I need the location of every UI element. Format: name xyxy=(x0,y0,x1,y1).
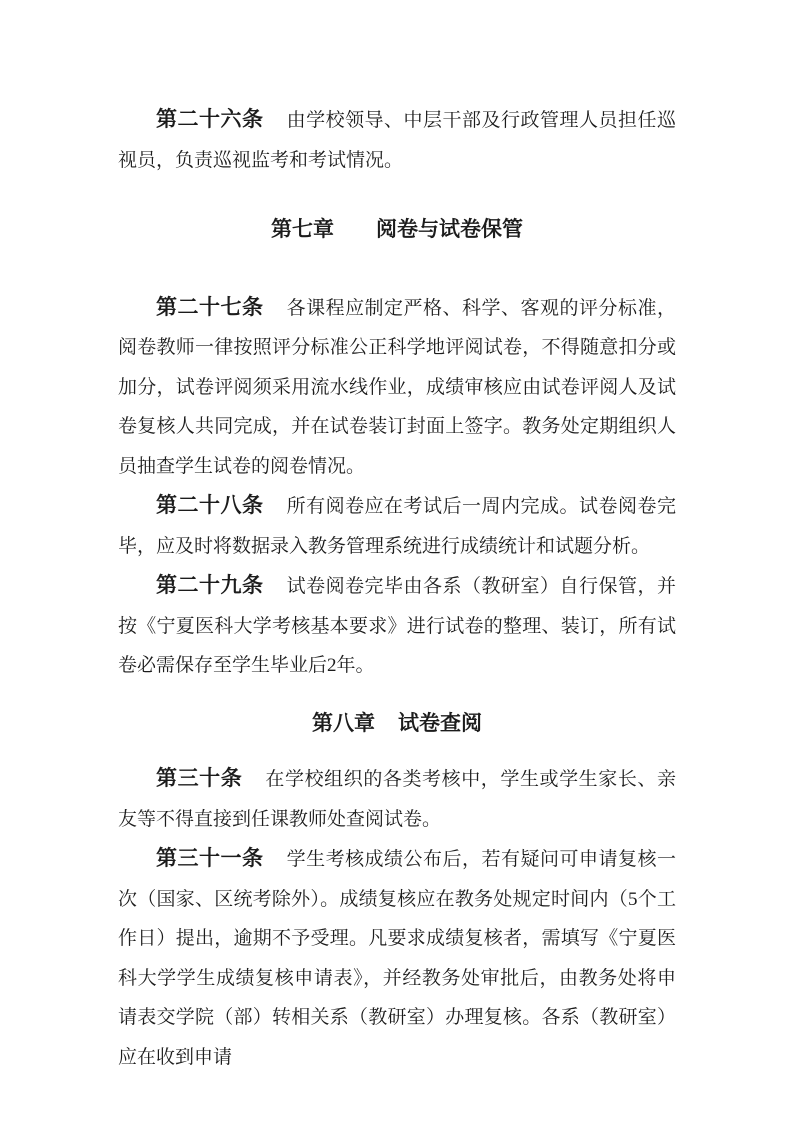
chapter-8-heading: 第八章试卷查阅 xyxy=(118,704,676,744)
article-31-number: 第三十一条 xyxy=(156,846,263,870)
article-27-paragraph: 第二十七条各课程应制定严格、科学、客观的评分标准，阅卷教师一律按照评分标准公正科… xyxy=(118,288,676,487)
article-31-paragraph: 第三十一条学生考核成绩公布后，若有疑问可申请复核一次（国家、区统考除外）。成绩复… xyxy=(118,839,676,1077)
article-30-paragraph: 第三十条在学校组织的各类考核中，学生或学生家长、亲友等不得直接到任课教师处查阅试… xyxy=(118,759,676,839)
article-29-number: 第二十九条 xyxy=(156,573,263,597)
article-31-text: 学生考核成绩公布后，若有疑问可申请复核一次（国家、区统考除外）。成绩复核应在教务… xyxy=(118,849,676,1068)
article-26-number: 第二十六条 xyxy=(156,107,263,131)
chapter-7-title: 阅卷与试卷保管 xyxy=(376,217,523,241)
chapter-8-title: 试卷查阅 xyxy=(398,711,482,735)
article-29-paragraph: 第二十九条试卷阅卷完毕由各系（教研室）自行保管，并按《宁夏医科大学考核基本要求》… xyxy=(118,566,676,686)
article-30-number: 第三十条 xyxy=(156,766,242,790)
article-27-number: 第二十七条 xyxy=(156,295,263,319)
chapter-8-label: 第八章 xyxy=(312,711,375,735)
article-27-text: 各课程应制定严格、科学、客观的评分标准，阅卷教师一律按照评分标准公正科学地评阅试… xyxy=(118,298,676,477)
article-28-number: 第二十八条 xyxy=(156,493,263,517)
article-26-paragraph: 第二十六条由学校领导、中层干部及行政管理人员担任巡视员，负责巡视监考和考试情况。 xyxy=(118,100,676,180)
document-page: 第二十六条由学校领导、中层干部及行政管理人员担任巡视员，负责巡视监考和考试情况。… xyxy=(0,0,793,1122)
article-28-paragraph: 第二十八条所有阅卷应在考试后一周内完成。试卷阅卷完毕，应及时将数据录入教务管理系… xyxy=(118,486,676,566)
chapter-7-heading: 第七章阅卷与试卷保管 xyxy=(118,210,676,250)
chapter-7-label: 第七章 xyxy=(271,217,334,241)
